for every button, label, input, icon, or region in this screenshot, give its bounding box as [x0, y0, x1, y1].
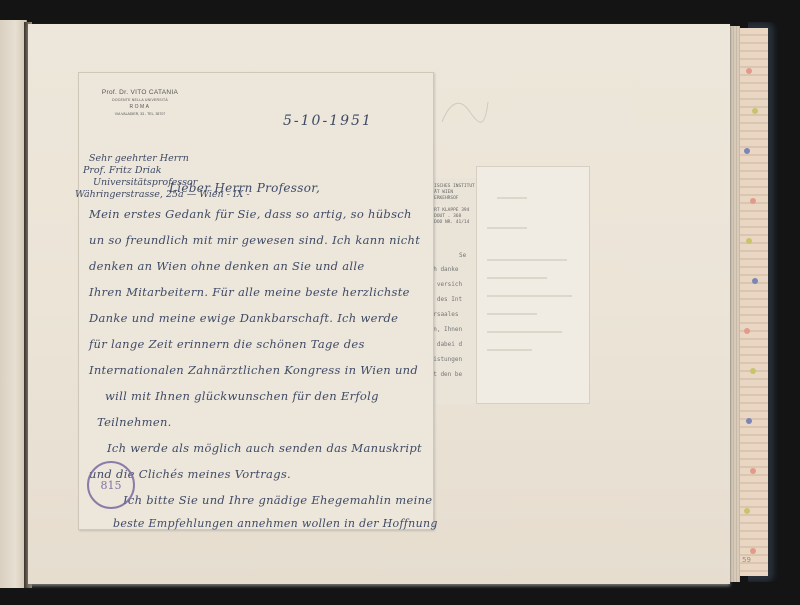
decorated-page-edge [738, 28, 768, 576]
letterhead-title: DOCENTE NELLA UNIVERSITÀ [85, 98, 195, 102]
left-page-edge [0, 20, 27, 588]
letter-body-line: Teilnehmen. [97, 415, 172, 429]
letter-body-line: un so freundlich mit mir gewesen sind. I… [89, 233, 420, 247]
recipient-line: Sehr geehrter Herrn [89, 153, 189, 164]
archive-stamp: 815 [87, 461, 135, 509]
letter-body-line: denken an Wien ohne denken an Sie und al… [89, 259, 364, 273]
pencil-annotation [440, 92, 490, 132]
letter-date: 5-10-1951 [283, 113, 373, 129]
blank-note-sheet [476, 166, 590, 404]
letterhead-city: ROMA [85, 104, 195, 110]
letterhead-address: VIA VALADIER, 33 - TEL. 35707 [85, 112, 195, 116]
stamp-number: 815 [101, 479, 122, 492]
letter-body-line: Ich werde als möglich auch senden das Ma… [107, 441, 422, 455]
letter-body-line: Danke und meine ewige Dankbarschaft. Ich… [89, 311, 398, 325]
recipient-line: Prof. Fritz Driak [83, 165, 162, 176]
typed-text-line: Se [459, 252, 466, 259]
letterhead: Prof. Dr. VITO CATANIA DOCENTE NELLA UNI… [85, 89, 195, 116]
handwritten-letter: Prof. Dr. VITO CATANIA DOCENTE NELLA UNI… [78, 72, 434, 530]
letter-body-line: Ich bitte Sie und Ihre gnädige Ehegemahl… [123, 493, 432, 507]
salutation-text: Lieber Herrn Professor, [169, 181, 320, 195]
letter-body-line: Ihren Mitarbeitern. Für alle meine beste… [89, 285, 410, 299]
letter-body-line: für lange Zeit erinnern die schönen Tage… [89, 337, 365, 351]
letter-body-line: will mit Ihnen glückwunschen für den Erf… [105, 389, 379, 403]
letter-body-line: beste Empfehlungen annehmen wollen in de… [113, 517, 438, 530]
letter-body-line: Internationalen Zahnärztlichen Kongress … [89, 363, 418, 377]
letter-body-line: Mein erstes Gedank für Sie, dass so arti… [89, 207, 412, 221]
letterhead-name: Prof. Dr. VITO CATANIA [85, 89, 195, 96]
page-number: 59 [742, 556, 751, 564]
